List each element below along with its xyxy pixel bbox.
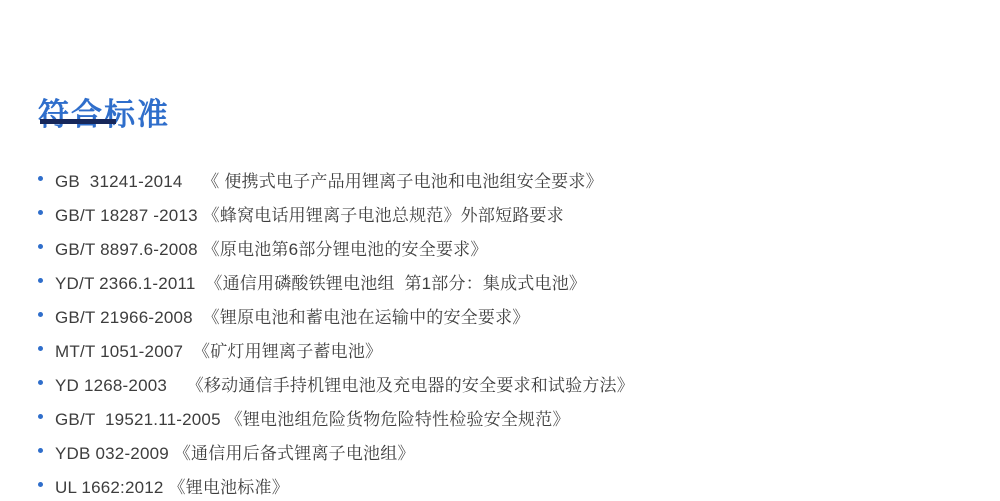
bullet-dot-icon [38,278,43,283]
bullet-dot-icon [38,380,43,385]
standard-text: YD/T 2366.1-2011 《通信用磷酸铁锂电池组 第1部分：集成式电池》 [55,269,586,294]
bullet-dot-icon [38,346,43,351]
standard-item: YD 1268-2003 《移动通信手持机锂电池及充电器的安全要求和试验方法》 [38,366,634,400]
standard-text: YDB 032-2009 《通信用后备式锂离子电池组》 [55,439,415,464]
standard-item: GB/T 21966-2008 《锂原电池和蓄电池在运输中的安全要求》 [38,298,634,332]
bullet-dot-icon [38,482,43,487]
bullet-dot-icon [38,210,43,215]
standard-text: GB/T 19521.11-2005 《锂电池组危险货物危险特性检验安全规范》 [55,405,570,430]
standard-item: MT/T 1051-2007 《矿灯用锂离子蓄电池》 [38,332,634,366]
standard-text: YD 1268-2003 《移动通信手持机锂电池及充电器的安全要求和试验方法》 [55,371,634,396]
standard-item: YDB 032-2009 《通信用后备式锂离子电池组》 [38,434,634,468]
standard-text: GB/T 8897.6-2008 《原电池第6部分锂电池的安全要求》 [55,235,488,260]
standard-text: GB/T 18287 -2013 《蜂窝电话用锂离子电池总规范》外部短路要求 [55,201,564,226]
page-title: 符合标准 [38,96,170,134]
standard-text: GB 31241-2014 《 便携式电子产品用锂离子电池和电池组安全要求》 [55,167,603,192]
standard-item: UL 1662:2012 《锂电池标准》 [38,468,634,501]
bullet-dot-icon [38,312,43,317]
standard-item: YD/T 2366.1-2011 《通信用磷酸铁锂电池组 第1部分：集成式电池》 [38,264,634,298]
standards-list: GB 31241-2014 《 便携式电子产品用锂离子电池和电池组安全要求》 G… [38,162,634,501]
bullet-dot-icon [38,414,43,419]
bullet-dot-icon [38,244,43,249]
standard-item: GB 31241-2014 《 便携式电子产品用锂离子电池和电池组安全要求》 [38,162,634,196]
standard-text: GB/T 21966-2008 《锂原电池和蓄电池在运输中的安全要求》 [55,303,529,328]
bullet-dot-icon [38,176,43,181]
bullet-dot-icon [38,448,43,453]
standard-item: GB/T 19521.11-2005 《锂电池组危险货物危险特性检验安全规范》 [38,400,634,434]
standard-text: UL 1662:2012 《锂电池标准》 [55,473,289,498]
title-underline [40,119,116,124]
standard-item: GB/T 18287 -2013 《蜂窝电话用锂离子电池总规范》外部短路要求 [38,196,634,230]
standard-text: MT/T 1051-2007 《矿灯用锂离子蓄电池》 [55,337,382,362]
standard-item: GB/T 8897.6-2008 《原电池第6部分锂电池的安全要求》 [38,230,634,264]
